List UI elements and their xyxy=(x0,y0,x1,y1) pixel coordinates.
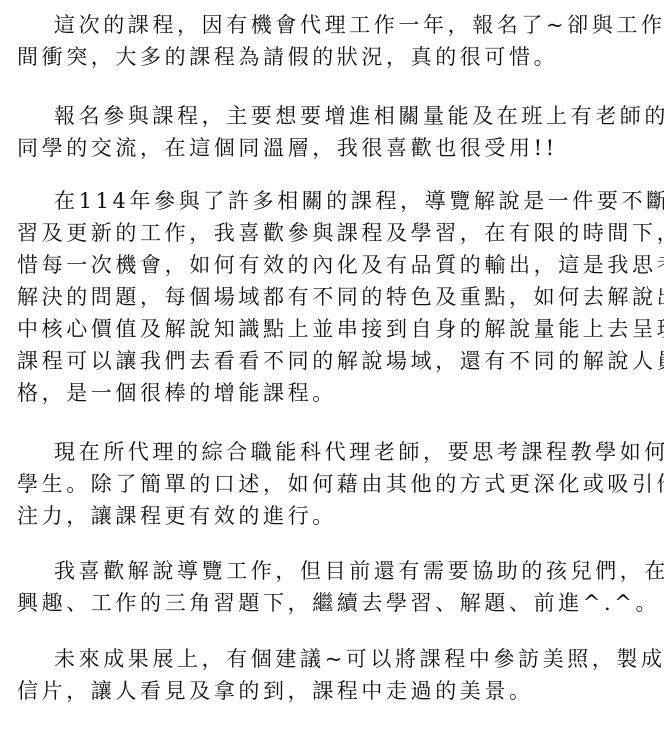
paragraph-3-line-5: 中核心價值及解說知識點上並串接到自身的解說量能上去呈現。這個 xyxy=(17,316,664,342)
paragraph-4-line-1: 現在所代理的綜合職能科代理老師，要思考課程教學如何轉化給 xyxy=(54,439,664,465)
paragraph-3-line-7: 格，是一個很棒的增能課程。 xyxy=(17,380,337,406)
paragraph-5-line-1: 我喜歡解說導覽工作，但目前還有需要協助的孩兒們，在家庭、 xyxy=(54,558,664,584)
paragraph-2-line-1: 報名參與課程，主要想要增進相關量能及在班上有老師的引導及 xyxy=(54,103,664,129)
paragraph-2-line-2: 同學的交流，在這個同溫層，我很喜歡也很受用!! xyxy=(17,135,558,161)
paragraph-1-line-2: 間衝突，大多的課程為請假的狀況，真的很可惜。 xyxy=(17,44,558,70)
paragraph-1-line-1: 這次的課程，因有機會代理工作一年，報名了~卻與工作上的時 xyxy=(54,12,664,38)
paragraph-3-line-4: 解決的問題，每個場域都有不同的特色及重點，如何去解說出各場域 xyxy=(17,284,664,310)
document-page: 這次的課程，因有機會代理工作一年，報名了~卻與工作上的時 間衝突，大多的課程為請… xyxy=(0,0,664,748)
paragraph-3-line-3: 惜每一次機會，如何有效的內化及有品質的輸出，這是我思考及想要 xyxy=(17,252,664,278)
paragraph-6-line-1: 未來成果展上，有個建議~可以將課程中參訪美照，製成風景明 xyxy=(54,646,664,672)
paragraph-6-line-2: 信片，讓人看見及拿的到，課程中走過的美景。 xyxy=(17,678,534,704)
paragraph-3-line-2: 習及更新的工作，我喜歡參與課程及學習，在有限的時間下，我很珍 xyxy=(17,220,664,246)
paragraph-3-line-1: 在114年參與了許多相關的課程，導覽解說是一件要不斷保持學 xyxy=(54,188,664,214)
paragraph-5-line-2: 興趣、工作的三角習題下，繼續去學習、解題、前進^.^。 xyxy=(17,590,660,616)
paragraph-4-line-3: 注力，讓課程更有效的進行。 xyxy=(17,503,337,529)
paragraph-3-line-6: 課程可以讓我們去看看不同的解說場域，還有不同的解說人員解說風 xyxy=(17,348,664,374)
paragraph-4-line-2: 學生。除了簡單的口述，如何藉由其他的方式更深化或吸引他們的專 xyxy=(17,471,664,497)
